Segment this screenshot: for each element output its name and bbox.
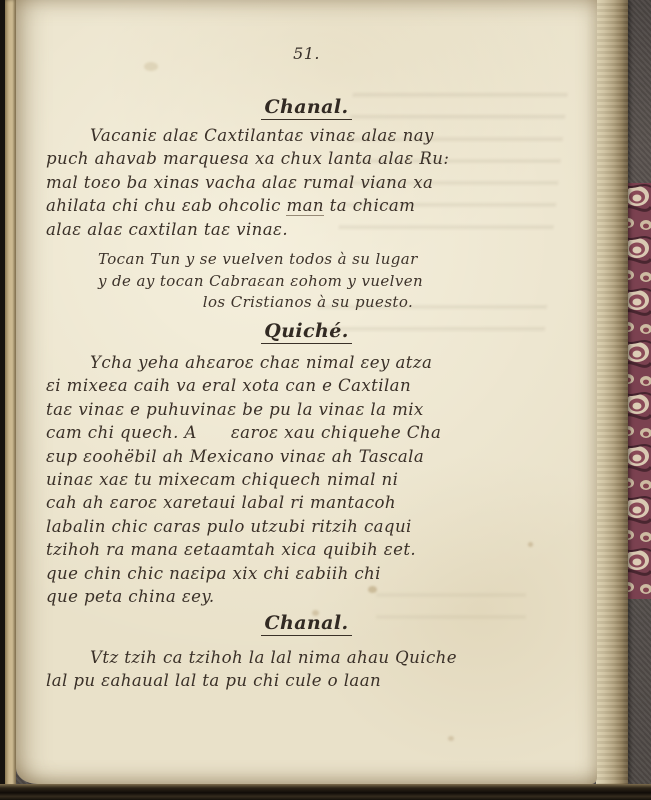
heading-text: Chanal. bbox=[261, 96, 351, 120]
paragraph-quiche: Ycha yeha ahɛaroɛ chaɛ nimal ɛey atza ɛi… bbox=[46, 351, 551, 608]
manuscript-page: 51. Chanal. Vacaniɛ alaɛ Caxtilantaɛ vin… bbox=[16, 0, 597, 784]
manuscript-line: ahilata chi chu ɛab ohcolic man ta chica… bbox=[46, 194, 551, 217]
manuscript-line: que chin chic naɛipa xix chi ɛabiih chi bbox=[46, 562, 551, 585]
manuscript-line: que peta china ɛey. bbox=[46, 585, 551, 608]
manuscript-line: lal pu ɛahaual lal ta pu chi cule o laan bbox=[46, 669, 551, 692]
manuscript-line: mal toɛo ba xinas vacha alaɛ rumal viana… bbox=[46, 171, 551, 194]
manuscript-line: Ycha yeha ahɛaroɛ chaɛ nimal ɛey atza bbox=[46, 351, 551, 374]
paragraph-chanal-1: Vacaniɛ alaɛ Caxtilantaɛ vinaɛ alaɛ nay … bbox=[46, 124, 551, 241]
gutter-page-edges bbox=[5, 0, 16, 800]
manuscript-line: cam chi quech. A ɛaroɛ xau chiquehe Cha bbox=[46, 421, 551, 444]
section-heading-chanal-2: Chanal. bbox=[16, 612, 597, 636]
pencil-underlined-word: man bbox=[286, 196, 324, 216]
manuscript-line: alaɛ alaɛ caxtilan taɛ vinaɛ. bbox=[46, 218, 551, 241]
manuscript-line: ɛi mixeɛa caih va eral xota can e Caxtil… bbox=[46, 374, 551, 397]
manuscript-line: taɛ vinaɛ e puhuvinaɛ be pu la vinaɛ la … bbox=[46, 398, 551, 421]
heading-text: Quiché. bbox=[261, 320, 351, 344]
line-segment: ta chicam bbox=[324, 196, 415, 215]
line-segment: ahilata chi chu ɛab ohcolic bbox=[46, 196, 286, 215]
manuscript-line: ɛup ɛoohëbil ah Mexicano vinaɛ ah Tascal… bbox=[46, 445, 551, 468]
manuscript-line: Vtz tzih ca tzihoh la lal nima ahau Quic… bbox=[46, 646, 551, 669]
foxing-spot bbox=[144, 62, 158, 71]
manuscript-line: puch ahavab marquesa xa chux lanta alaɛ … bbox=[46, 147, 551, 170]
manuscript-line: uinaɛ xaɛ tu mixecam chiquech nimal ni bbox=[46, 468, 551, 491]
marbled-endpaper bbox=[624, 183, 651, 599]
marble-pattern-graphic bbox=[624, 183, 651, 599]
stage-direction-line: Tocan Tun y se vuelven todos à su lugar bbox=[98, 249, 498, 271]
manuscript-line: tzihoh ra mana ɛetaamtah xica quibih ɛet… bbox=[46, 538, 551, 561]
stage-direction-line: los Cristianos à su puesto. bbox=[98, 292, 498, 314]
foxing-spot bbox=[448, 736, 454, 741]
manuscript-line: Vacaniɛ alaɛ Caxtilantaɛ vinaɛ alaɛ nay bbox=[46, 124, 551, 147]
paragraph-chanal-2: Vtz tzih ca tzihoh la lal nima ahau Quic… bbox=[46, 646, 551, 693]
manuscript-line: labalin chic caras pulo utzubi ritzih ca… bbox=[46, 515, 551, 538]
manuscript-line: cah ah ɛaroɛ xaretaui labal ri mantacoh bbox=[46, 491, 551, 514]
section-heading-quiche: Quiché. bbox=[16, 320, 597, 344]
stage-direction-line: y de ay tocan Cabraɛan ɛohom y vuelven bbox=[98, 271, 498, 293]
page-edge-stack bbox=[596, 0, 628, 784]
stage-direction-spanish: Tocan Tun y se vuelven todos à su lugar … bbox=[98, 249, 498, 314]
section-heading-chanal-1: Chanal. bbox=[16, 96, 597, 120]
book-cover-bottom-edge bbox=[0, 784, 651, 800]
heading-text: Chanal. bbox=[261, 612, 351, 636]
scanned-manuscript-photo: 51. Chanal. Vacaniɛ alaɛ Caxtilantaɛ vin… bbox=[0, 0, 651, 800]
page-number: 51. bbox=[16, 44, 597, 63]
